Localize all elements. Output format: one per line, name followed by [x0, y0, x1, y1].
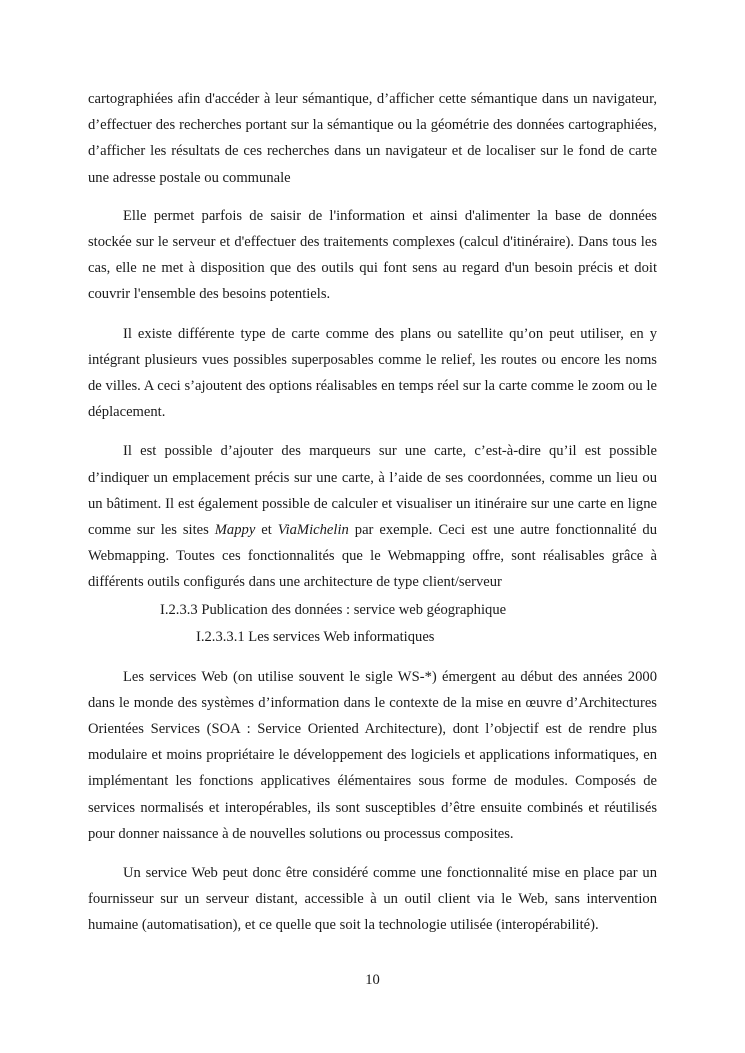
paragraph-markers: Il est possible d’ajouter des marqueurs … [88, 438, 657, 595]
document-page: cartographiées afin d'accéder à leur sém… [88, 86, 657, 952]
mappy-site-name: Mappy [215, 522, 256, 538]
conjunction-et: et [255, 522, 277, 538]
subsection-heading-services-web: I.2.3.3.1 Les services Web informatiques [196, 624, 657, 650]
page-number: 10 [0, 972, 745, 989]
paragraph-map-types: Il existe différente type de carte comme… [88, 321, 657, 426]
paragraph-webmapping-functions: cartographiées afin d'accéder à leur sém… [88, 86, 657, 191]
viamichelin-site-name: ViaMichelin [278, 522, 349, 538]
paragraph-data-entry: Elle permet parfois de saisir de l'infor… [88, 203, 657, 308]
paragraph-services-web-intro: Les services Web (on utilise souvent le … [88, 664, 657, 847]
section-heading-publication-donnees: I.2.3.3 Publication des données : servic… [160, 597, 657, 623]
paragraph-service-web-definition: Un service Web peut donc être considéré … [88, 860, 657, 939]
